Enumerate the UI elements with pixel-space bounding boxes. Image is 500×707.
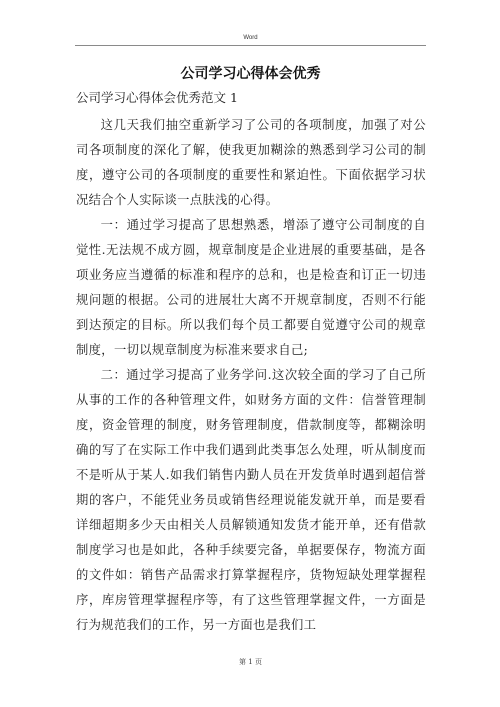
document-title: 公司学习心得体会优秀 — [75, 64, 426, 84]
header-divider — [75, 45, 426, 46]
document-subtitle: 公司学习心得体会优秀范文 1 — [76, 89, 238, 107]
page-header-label: Word — [75, 34, 426, 42]
document-body: 这几天我们抽空重新学习了公司的各项制度，加强了对公司各项制度的深化了解，使我更加… — [76, 113, 426, 638]
page-number: 第 1 页 — [75, 657, 426, 667]
paragraph-point-two: 二：通过学习提高了业务学问.这次较全面的学习了自己所从事的工作的各种管理文件，如… — [76, 363, 426, 638]
paragraph-intro: 这几天我们抽空重新学习了公司的各项制度，加强了对公司各项制度的深化了解，使我更加… — [76, 113, 426, 213]
paragraph-point-one: 一：通过学习提高了思想熟悉，增添了遵守公司制度的自觉性.无法规不成方圆，规章制度… — [76, 213, 426, 363]
